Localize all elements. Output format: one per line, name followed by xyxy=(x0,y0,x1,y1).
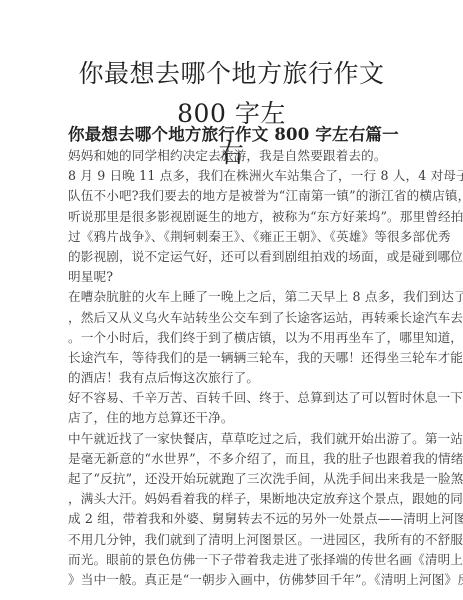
text-line: 长途汽车，等待我们的是一辆辆三轮车，我的天哪！还得坐三轮车才能到住 xyxy=(68,348,398,368)
text-line: 》当中一般。真正是“一朝步入画中，仿佛梦回千年”。《清明上河图》反映 xyxy=(68,570,398,590)
text-line: 听说那里是很多影视剧诞生的地方，被称为“东方好莱坞”。那里曾经拍摄 xyxy=(68,207,398,227)
section-heading: 你最想去哪个地方旅行作文 800 字左右篇一 xyxy=(68,121,399,145)
document-body: 妈妈和她的同学相约决定去旅游，我是自然要跟着去的。 8 月 9 日晚 11 点多… xyxy=(68,146,398,590)
text-line: 中午就近找了一家快餐店，草草吃过之后，我们就开始出游了。第一站居然 xyxy=(68,429,398,449)
text-line: 店了，住的地方总算还干净。 xyxy=(68,408,398,428)
text-line: 妈妈和她的同学相约决定去旅游，我是自然要跟着去的。 xyxy=(68,146,398,166)
document-page: 你最想去哪个地方旅行作文 800 字左 右 你最想去哪个地方旅行作文 800 字… xyxy=(0,0,463,600)
text-line: ，然后又从义乌火车站转坐公交车到了长途客运站，再转乘长途汽车去横店 xyxy=(68,308,398,328)
text-line: 是毫无新意的“水世界”，不多介绍了，而且，我的肚子也跟着我的情绪闹 xyxy=(68,449,398,469)
text-line: 过《鸦片战争》、《荆轲刺秦王》、《雍正王朝》、《英雄》等很多部优秀 xyxy=(68,227,398,247)
text-line: 的酒店！我有点后悔这次旅行了。 xyxy=(68,368,398,388)
text-line: 成 2 组，带着我和外婆、舅舅转去不远的另外一处景点——清明上河图。 xyxy=(68,509,398,529)
text-line: ，满头大汗。妈妈看着我的样子，果断地决定放弃这个景点，跟她的同学分 xyxy=(68,489,398,509)
text-line: 的影视剧，说不定运气好，还可以看到剧组拍戏的场面，或是碰到哪位人气 xyxy=(68,247,398,267)
text-line: 起了“反抗”，还没开始玩就跑了三次洗手间，从洗手间出来我是一脸煞白 xyxy=(68,469,398,489)
text-line: 而光。眼前的景色仿佛一下子带着我走进了张择端的传世名画《清明上河图 xyxy=(68,550,398,570)
text-line: 明星呢? xyxy=(68,267,398,287)
text-line: 。一个小时后，我们终于到了横店镇，以为不用再坐车了，哪里知道，一下 xyxy=(68,328,398,348)
text-line: 队伍不小吧?我们要去的地方是被誉为“江南第一镇”的浙江省的横店镇， xyxy=(68,186,398,206)
text-line: 8 月 9 日晚 11 点多，我们在株洲火车站集合了，一行 8 人，4 对母子(… xyxy=(68,166,398,186)
text-line: 在嘈杂肮脏的火车上睡了一晚上之后，第二天早上 8 点多，我们到达了义乌 xyxy=(68,287,398,307)
text-line: 不用几分钟，我们就到了清明上河图景区。一进园区，我所有的不舒服一扫 xyxy=(68,530,398,550)
text-line: 好不容易、千辛万苦、百转千回、终于、总算到达了可以暂时休息一下的酒 xyxy=(68,388,398,408)
